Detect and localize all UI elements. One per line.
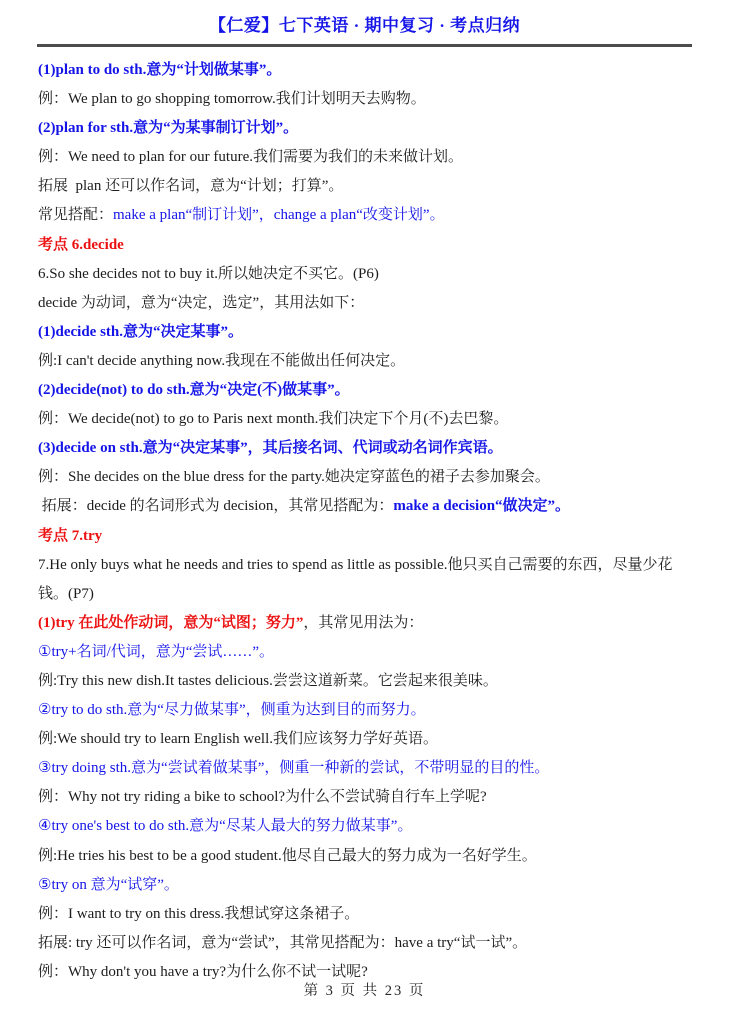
doc-line: ④try one's best to do sth.意为“尽某人最大的努力做某事… bbox=[38, 812, 691, 841]
doc-line: 例：We plan to go shopping tomorrow.我们计划明天… bbox=[38, 85, 691, 114]
doc-line: (2)plan for sth.意为“为某事制订计划”。 bbox=[38, 114, 691, 143]
doc-text-segment: ④try one's best to do sth.意为“尽某人最大的努力做某事… bbox=[38, 818, 412, 834]
doc-line: 拓展 plan 还可以作名词，意为“计划；打算”。 bbox=[38, 172, 691, 201]
doc-text-segment: 例：We decide(not) to go to Paris next mon… bbox=[38, 411, 508, 427]
doc-line: 7.He only buys what he needs and tries t… bbox=[38, 551, 691, 609]
doc-text-segment: 例：She decides on the blue dress for the … bbox=[38, 469, 550, 485]
doc-line: 例:He tries his best to be a good student… bbox=[38, 842, 691, 871]
doc-text-segment: 考点 7.try bbox=[38, 528, 102, 544]
doc-text-segment: 例：We need to plan for our future.我们需要为我们… bbox=[38, 149, 463, 165]
doc-text-segment: 考点 6.decide bbox=[38, 237, 124, 253]
doc-line: 拓展: try 还可以作名词，意为“尝试”，其常见搭配为：have a try“… bbox=[38, 929, 691, 958]
doc-text-segment: 常见搭配： bbox=[38, 207, 113, 223]
doc-line: 常见搭配：make a plan“制订计划”，change a plan“改变计… bbox=[38, 201, 691, 230]
document-page: 【仁爱】七下英语 · 期中复习 · 考点归纳 (1)plan to do sth… bbox=[0, 0, 729, 1024]
doc-text-segment: ⑤try on 意为“试穿”。 bbox=[38, 877, 179, 893]
doc-text-segment: ③try doing sth.意为“尝试着做某事”，侧重一种新的尝试，不带明显的… bbox=[38, 760, 549, 776]
doc-line: (1)try 在此处作动词，意为“试图；努力”，其常见用法为： bbox=[38, 609, 691, 638]
doc-line: 拓展：decide 的名词形式为 decision，其常见搭配为：make a … bbox=[38, 492, 691, 521]
doc-text-segment: (1)try 在此处作动词，意为“试图；努力” bbox=[38, 615, 303, 631]
doc-line: 例：We decide(not) to go to Paris next mon… bbox=[38, 405, 691, 434]
doc-line: (1)decide sth.意为“决定某事”。 bbox=[38, 318, 691, 347]
doc-line: 例:I can't decide anything now.我现在不能做出任何决… bbox=[38, 347, 691, 376]
doc-line: 例：We need to plan for our future.我们需要为我们… bbox=[38, 143, 691, 172]
doc-line: (3)decide on sth.意为“决定某事”，其后接名词、代词或动名词作宾… bbox=[38, 434, 691, 463]
doc-text-segment: 例:Try this new dish.It tastes delicious.… bbox=[38, 673, 498, 689]
doc-text-segment: (2)plan for sth.意为“为某事制订计划”。 bbox=[38, 120, 298, 136]
doc-line: 考点 6.decide bbox=[38, 231, 691, 260]
doc-line: (1)plan to do sth.意为“计划做某事”。 bbox=[38, 56, 691, 85]
doc-text-segment: decide 为动词，意为“决定，选定”，其用法如下： bbox=[38, 295, 364, 311]
doc-text-segment: make a plan“制订计划”，change a plan“改变计划”。 bbox=[113, 207, 445, 223]
doc-text-segment: make a decision“做决定”。 bbox=[393, 498, 570, 514]
page-number: 第 3 页 共 23 页 bbox=[0, 979, 729, 1000]
doc-text-segment: 例：Why don't you have a try?为什么你不试一试呢? bbox=[38, 964, 368, 980]
doc-line: 例：Why not try riding a bike to school?为什… bbox=[38, 783, 691, 812]
doc-text-segment: 拓展: try 还可以作名词，意为“尝试”，其常见搭配为：have a try“… bbox=[38, 935, 527, 951]
doc-text-segment: 7.He only buys what he needs and tries t… bbox=[38, 557, 673, 602]
doc-line: 6.So she decides not to buy it.所以她决定不买它。… bbox=[38, 260, 691, 289]
doc-text-segment: 例：We plan to go shopping tomorrow.我们计划明天… bbox=[38, 91, 426, 107]
doc-line: ②try to do sth.意为“尽力做某事”，侧重为达到目的而努力。 bbox=[38, 696, 691, 725]
doc-text-segment: 拓展：decide 的名词形式为 decision，其常见搭配为： bbox=[38, 498, 393, 514]
doc-text-segment: ①try+名词/代词，意为“尝试……”。 bbox=[38, 644, 274, 660]
doc-line: 例:We should try to learn English well.我们… bbox=[38, 725, 691, 754]
doc-text-segment: 例:We should try to learn English well.我们… bbox=[38, 731, 438, 747]
doc-line: ①try+名词/代词，意为“尝试……”。 bbox=[38, 638, 691, 667]
doc-line: 例：I want to try on this dress.我想试穿这条裙子。 bbox=[38, 900, 691, 929]
doc-text-segment: 例：Why not try riding a bike to school?为什… bbox=[38, 789, 487, 805]
doc-text-segment: 例:I can't decide anything now.我现在不能做出任何决… bbox=[38, 353, 405, 369]
doc-line: 例：She decides on the blue dress for the … bbox=[38, 463, 691, 492]
doc-line: 考点 7.try bbox=[38, 522, 691, 551]
doc-text-segment: 6.So she decides not to buy it.所以她决定不买它。… bbox=[38, 266, 379, 282]
doc-text-segment: (1)decide sth.意为“决定某事”。 bbox=[38, 324, 243, 340]
doc-line: ③try doing sth.意为“尝试着做某事”，侧重一种新的尝试，不带明显的… bbox=[38, 754, 691, 783]
doc-text-segment: 拓展 plan 还可以作名词，意为“计划；打算”。 bbox=[38, 178, 343, 194]
doc-text-segment: 例:He tries his best to be a good student… bbox=[38, 848, 537, 864]
doc-line: decide 为动词，意为“决定，选定”，其用法如下： bbox=[38, 289, 691, 318]
doc-text-segment: 例：I want to try on this dress.我想试穿这条裙子。 bbox=[38, 906, 359, 922]
document-body: (1)plan to do sth.意为“计划做某事”。例：We plan to… bbox=[0, 47, 729, 987]
doc-text-segment: (1)plan to do sth.意为“计划做某事”。 bbox=[38, 62, 281, 78]
doc-line: ⑤try on 意为“试穿”。 bbox=[38, 871, 691, 900]
doc-text-segment: (2)decide(not) to do sth.意为“决定(不)做某事”。 bbox=[38, 382, 350, 398]
page-title: 【仁爱】七下英语 · 期中复习 · 考点归纳 bbox=[0, 0, 729, 36]
doc-text-segment: ②try to do sth.意为“尽力做某事”，侧重为达到目的而努力。 bbox=[38, 702, 426, 718]
doc-text-segment: ，其常见用法为： bbox=[303, 615, 423, 631]
doc-line: 例:Try this new dish.It tastes delicious.… bbox=[38, 667, 691, 696]
doc-line: (2)decide(not) to do sth.意为“决定(不)做某事”。 bbox=[38, 376, 691, 405]
doc-text-segment: (3)decide on sth.意为“决定某事”，其后接名词、代词或动名词作宾… bbox=[38, 440, 503, 456]
